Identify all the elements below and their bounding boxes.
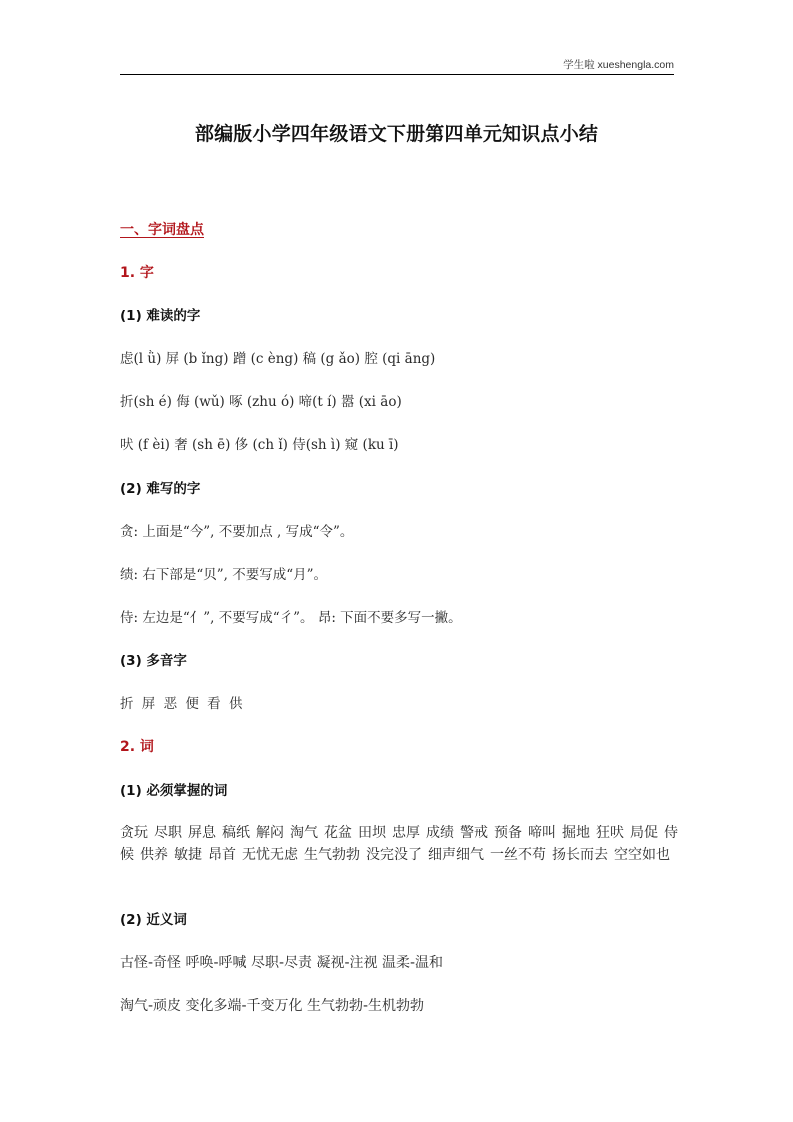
word: 一丝不苟 — [490, 847, 546, 863]
word: 掘地 — [562, 825, 590, 841]
word: 警戒 — [460, 825, 488, 841]
word: 无忧无虑 — [242, 847, 298, 863]
word: 预备 — [494, 825, 522, 841]
word: 田坝 — [358, 825, 386, 841]
word: 忠厚 — [392, 825, 420, 841]
word: 生气勃勃 — [304, 847, 360, 863]
word: 稿纸 — [222, 825, 250, 841]
page-header: 学生啦 xueshengla.com — [120, 56, 674, 75]
word: 局促 — [630, 825, 658, 841]
word: 花盆 — [324, 825, 352, 841]
word: 细声细气 — [428, 847, 484, 863]
part-heading-words: 2. 词 — [120, 737, 154, 757]
word: 成绩 — [426, 825, 454, 841]
word: 贪玩 — [120, 825, 148, 841]
subheading-polyphonic: (3) 多音字 — [120, 651, 187, 671]
hard-to-read-line-1: 虑(l ǜ) 屏 (b ǐng) 蹭 (c èng) 稿 (g ǎo) 腔 (q… — [120, 349, 435, 369]
hard-to-write-line-1: 贪: 上面是“今”, 不要加点 , 写成“令”。 — [120, 522, 353, 542]
hard-to-read-line-2: 折(sh é) 侮 (wǔ) 啄 (zhu ó) 啼(t í) 嚣 (xi āo… — [120, 392, 402, 412]
word: 啼叫 — [528, 825, 556, 841]
word: 屏息 — [188, 825, 216, 841]
synonyms-line-1: 古怪-奇怪 呼唤-呼喊 尽职-尽责 凝视-注视 温柔-温和 — [120, 953, 443, 973]
hard-to-write-line-2: 绩: 右下部是“贝”, 不要写成“月”。 — [120, 565, 327, 585]
word: 供养 — [140, 847, 168, 863]
word: 扬长而去 — [552, 847, 608, 863]
word: 敏捷 — [174, 847, 202, 863]
subheading-hard-to-write: (2) 难写的字 — [120, 479, 200, 499]
hard-to-write-line-3: 侍: 左边是“亻”, 不要写成“彳”。 昂: 下面不要多写一撇。 — [120, 608, 462, 628]
word: 昂首 — [208, 847, 236, 863]
subheading-synonyms: (2) 近义词 — [120, 910, 187, 930]
hard-to-read-line-3: 吠 (f èi) 奢 (sh ē) 侈 (ch ǐ) 侍(sh ì) 窥 (ku… — [120, 435, 399, 455]
word: 解闷 — [256, 825, 284, 841]
document-title: 部编版小学四年级语文下册第四单元知识点小结 — [0, 119, 793, 146]
synonyms-line-2: 淘气-顽皮 变化多端-千变万化 生气勃勃-生机勃勃 — [120, 996, 424, 1016]
must-master-word-list: 贪玩尽职屏息稿纸解闷淘气花盆田坝忠厚成绩警戒预备啼叫掘地狂吠局促侍候供养敏捷昂首… — [120, 823, 680, 866]
polyphonic-line: 折 屏 恶 便 看 供 — [120, 694, 242, 714]
part-heading-characters: 1. 字 — [120, 263, 154, 283]
subheading-hard-to-read: (1) 难读的字 — [120, 306, 200, 326]
word: 没完没了 — [366, 847, 422, 863]
header-site-label: 学生啦 xueshengla.com — [563, 57, 674, 72]
word: 空空如也 — [614, 847, 670, 863]
section-heading-word-review: 一、字词盘点 — [120, 220, 204, 240]
word: 尽职 — [154, 825, 182, 841]
word: 淘气 — [290, 825, 318, 841]
subheading-must-master: (1) 必须掌握的词 — [120, 781, 227, 801]
word: 狂吠 — [596, 825, 624, 841]
